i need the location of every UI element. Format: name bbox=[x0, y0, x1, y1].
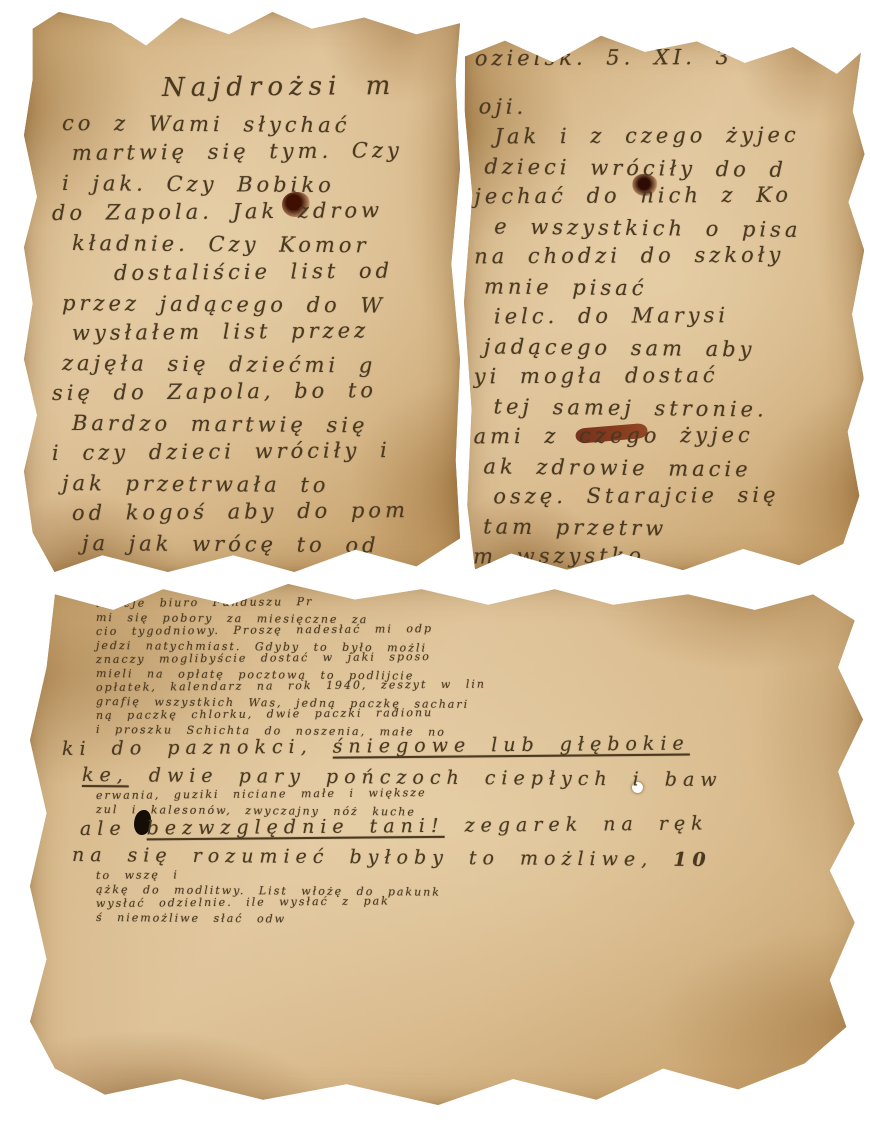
handwritten-line: ielc. do Marysi bbox=[494, 299, 864, 331]
handwritten-line: do Zapola. Jak zdrow bbox=[52, 194, 460, 228]
handwriting-top-right: ozielsk. 5. XI. 3oji.Jak i z czego żyjec… bbox=[463, 35, 865, 570]
handwriting-segment: ak zdrowie macie bbox=[483, 454, 752, 481]
handwritten-line: na chodzi do szkoły bbox=[474, 239, 864, 271]
handwritten-line: martwię się tym. Czy bbox=[72, 135, 460, 168]
handwriting-segment: przez jadącego do W bbox=[62, 291, 386, 318]
handwriting-segment: isnieje biuro Funduszu Pr bbox=[96, 595, 313, 610]
letter-scan: Najdrożsi mco z Wami słychaćmartwię się … bbox=[0, 0, 870, 1132]
handwriting-segment: jak przetrwała to bbox=[62, 471, 330, 497]
handwriting-segment: ja jak wrócę to od bbox=[82, 531, 380, 557]
paper-fragment-top-right: ozielsk. 5. XI. 3oji.Jak i z czego żyjec… bbox=[463, 35, 865, 570]
handwriting-segment: kładnie. Czy Komor bbox=[72, 231, 370, 257]
handwriting-segment: erwania, guziki niciane małe i większe bbox=[96, 786, 427, 802]
handwriting-segment: ną paczkę chlorku, dwie paczki radionu bbox=[96, 706, 433, 722]
handwritten-line: wysłałem list przez bbox=[72, 315, 460, 348]
handwritten-line: od kogoś aby do pom bbox=[72, 495, 460, 528]
handwritten-line: ale bezwzględnie tani! zegarek na ręk bbox=[80, 809, 863, 842]
handwriting-segment: i czy dzieci wróciły i bbox=[52, 438, 391, 465]
handwriting-segment: śniegowe lub głębokie bbox=[333, 733, 690, 758]
handwritten-line: isnieje biuro Funduszu Pr bbox=[96, 591, 863, 610]
handwriting-segment: ś niemożliwe słać odw bbox=[96, 911, 286, 925]
handwritten-line: się do Zapola, bo to bbox=[52, 374, 460, 408]
handwriting-segment: dostaliście list od bbox=[114, 259, 393, 285]
handwriting-segment: Jak i z czego żyjec bbox=[495, 123, 800, 149]
handwriting-segment: wysłałem list przez bbox=[72, 318, 369, 345]
handwriting-segment: co z Wami słychać bbox=[62, 111, 351, 137]
handwriting-segment: oszę. Starajcie się bbox=[493, 483, 779, 508]
handwritten-line: Najdrożsi m bbox=[162, 65, 460, 108]
handwriting-segment: się do Zapola, bo to bbox=[52, 378, 377, 405]
red-dot-stain bbox=[725, 568, 731, 570]
handwriting-segment: ki do paznokci, bbox=[62, 736, 333, 760]
handwriting-segment: Najdrożsi m bbox=[162, 71, 397, 103]
handwriting-segment: tam przetrw bbox=[483, 514, 667, 540]
handwritten-line: Jak i z czego żyjec bbox=[495, 119, 865, 151]
handwritten-line: jechać do nich z Ko bbox=[474, 179, 864, 211]
handwriting-segment: tej samej stronie. bbox=[494, 394, 768, 421]
handwritten-line: yi mogła dostać bbox=[474, 359, 864, 391]
handwritten-line: ki do paznokci, śniegowe lub głębokie bbox=[62, 729, 863, 762]
handwriting-segment: bezwzględnie tani! bbox=[147, 815, 445, 840]
handwriting-segment: zegarek na ręk bbox=[444, 813, 708, 837]
handwritten-line: i czy dzieci wróciły i bbox=[52, 434, 460, 468]
handwritten-line: ja jak wrócę to od bbox=[82, 528, 460, 561]
handwriting-segment: martwię się tym. Czy bbox=[72, 138, 403, 165]
paper-fragment-bottom: isnieje biuro Funduszu Prmi się pobory z… bbox=[30, 584, 863, 1105]
handwriting-segment: cio tygodniowy. Proszę nadesłać mi odp bbox=[96, 622, 433, 638]
handwriting-segment: e wszystkich o pisa bbox=[494, 214, 801, 241]
handwriting-segment: wysłać odzielnie. ile wysłać z pak bbox=[96, 894, 390, 910]
handwriting-segment: opłatek, kalendarz na rok 1940, zeszyt w… bbox=[96, 678, 486, 694]
handwriting-segment: ozielsk. 5. XI. 3 bbox=[475, 45, 733, 70]
handwritten-line: ozielsk. 5. XI. 3 bbox=[475, 41, 865, 73]
handwriting-segment: od kogoś aby do pom bbox=[72, 498, 409, 525]
handwriting-segment: ale bbox=[80, 817, 147, 840]
handwriting-segment: dzieci wróciły do d bbox=[484, 154, 787, 181]
handwriting-segment: oji. bbox=[479, 94, 528, 119]
handwriting-bottom: isnieje biuro Funduszu Prmi się pobory z… bbox=[30, 584, 863, 924]
handwriting-segment: jadącego sam aby bbox=[484, 334, 756, 361]
handwriting-segment: i jak. Czy Bobiko bbox=[62, 171, 335, 197]
handwriting-segment: mnie pisać bbox=[484, 274, 648, 300]
handwriting-segment: ielc. do Marysi bbox=[494, 303, 729, 328]
handwriting-segment: znaczy moglibyście dostać w jaki sposo bbox=[96, 650, 431, 666]
handwritten-line: ś niemożliwe słać odw bbox=[96, 912, 863, 930]
handwriting-segment: ami z czego żyjec bbox=[473, 423, 753, 448]
handwriting-segment: na chodzi do szkoły bbox=[474, 243, 784, 269]
paper-fragment-top-left: Najdrożsi mco z Wami słychaćmartwię się … bbox=[24, 12, 460, 572]
handwriting-segment: do Zapola. Jak zdrow bbox=[52, 198, 383, 225]
handwriting-segment: ke, bbox=[82, 764, 129, 786]
handwriting-top-left: Najdrożsi mco z Wami słychaćmartwię się … bbox=[24, 12, 460, 558]
handwritten-line: ami z czego żyjec bbox=[473, 419, 863, 451]
handwritten-line: oszę. Starajcie się bbox=[493, 479, 863, 511]
handwriting-segment: Bardzo martwię się bbox=[72, 411, 369, 437]
handwriting-segment: zajęła się dziećmi g bbox=[62, 351, 376, 377]
handwriting-segment: jechać do nich z Ko bbox=[474, 183, 792, 209]
handwritten-line: m wszystko bbox=[473, 539, 863, 570]
handwritten-line: dostaliście list od bbox=[114, 255, 460, 288]
handwriting-segment: to wszę i bbox=[96, 868, 179, 882]
handwriting-segment: yi mogła dostać bbox=[474, 363, 719, 388]
handwriting-segment: m wszystko bbox=[473, 543, 645, 568]
